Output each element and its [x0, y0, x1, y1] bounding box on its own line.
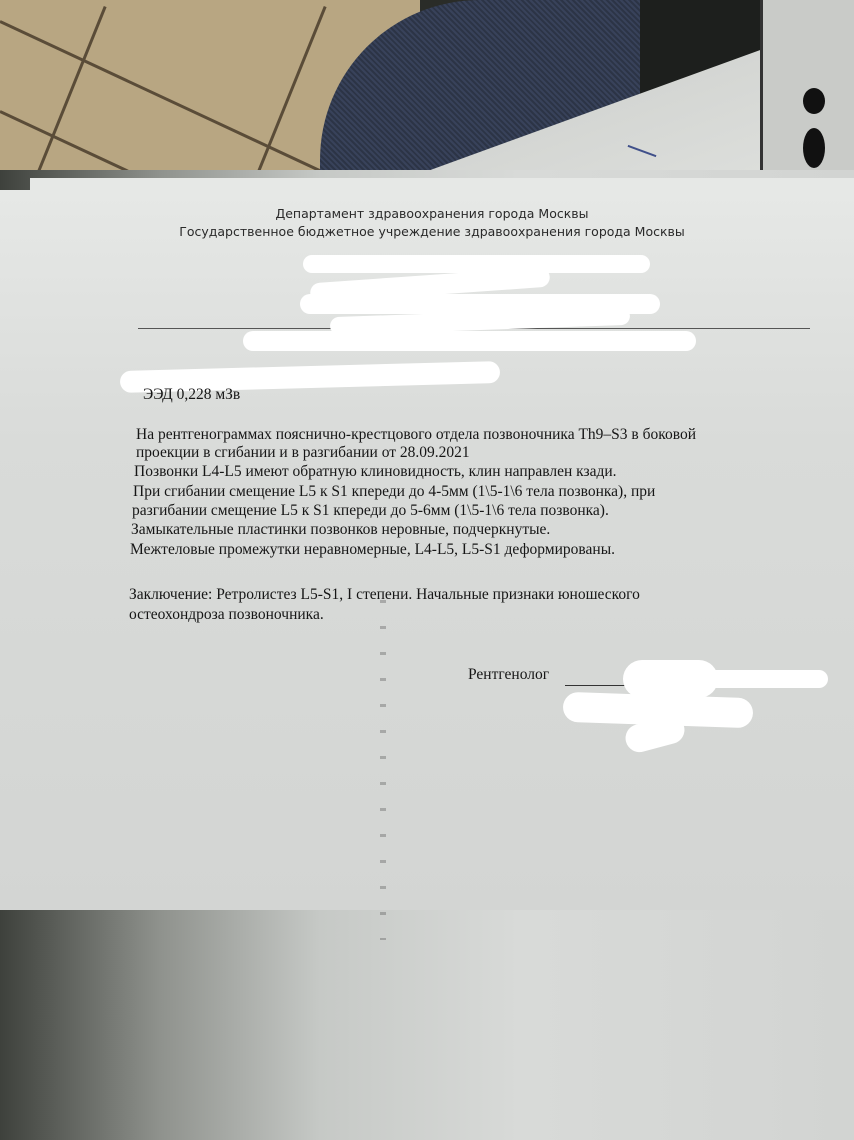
- conclusion-line: остеохондроза позвоночника.: [129, 606, 324, 624]
- department-name: Департамент здравоохранения города Москв…: [5, 206, 854, 221]
- body-line: разгибании смещение L5 к S1 кпереди до 5…: [132, 502, 609, 520]
- redaction-mark: [243, 331, 696, 351]
- tile-grout: [256, 6, 326, 174]
- body-line: При сгибании смещение L5 к S1 кпереди до…: [133, 483, 655, 501]
- medical-report: Департамент здравоохранения города Москв…: [0, 190, 854, 910]
- body-line: проекции в сгибании и в разгибании от 28…: [136, 444, 470, 462]
- institution-name: Государственное бюджетное учреждение здр…: [5, 224, 854, 239]
- signature-redaction: [705, 670, 828, 688]
- body-line: На рентгенограммах пояснично-крестцового…: [136, 426, 696, 444]
- body-line: Замыкательные пластинки позвонков неровн…: [131, 521, 550, 539]
- perforation-marks: [380, 600, 386, 940]
- redaction-mark: [303, 255, 650, 273]
- signature-redaction: [623, 660, 718, 698]
- punch-hole: [803, 88, 825, 114]
- effective-dose: ЭЭД 0,228 мЗв: [143, 386, 240, 404]
- tile-grout: [36, 6, 106, 174]
- body-line: Позвонки L4-L5 имеют обратную клиновидно…: [134, 463, 617, 481]
- punch-hole: [803, 128, 825, 168]
- signature-role: Рентгенолог: [468, 666, 549, 684]
- body-line: Межтеловые промежутки неравномерные, L4-…: [130, 541, 615, 559]
